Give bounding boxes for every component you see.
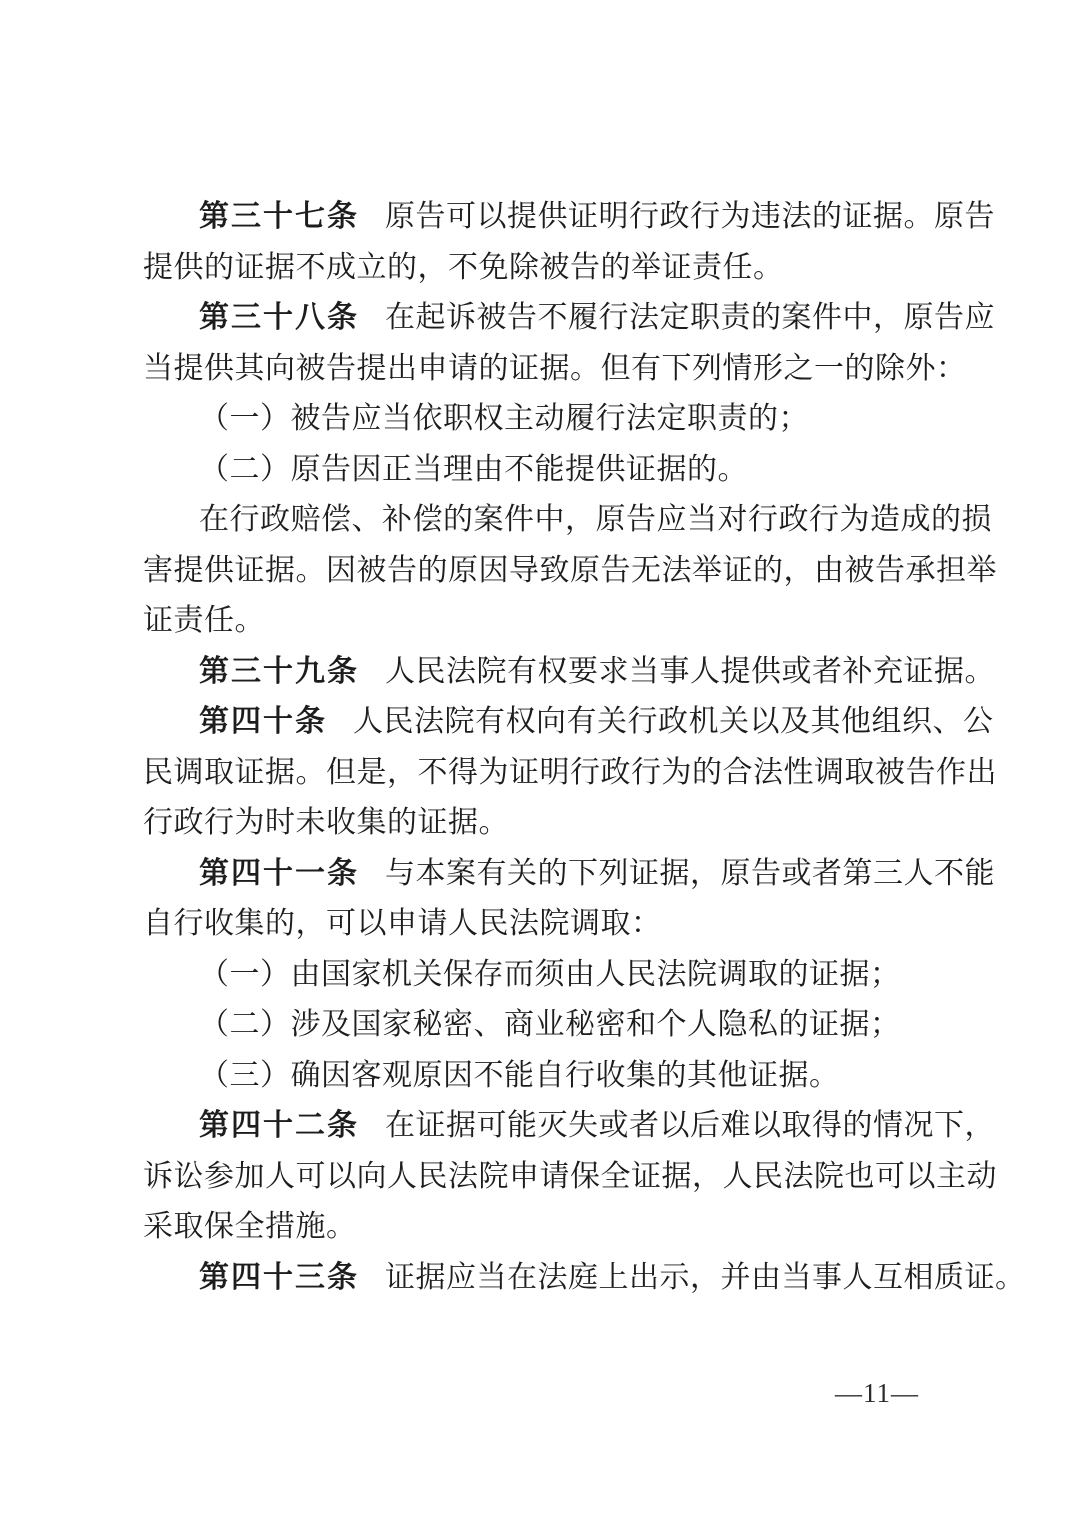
text-line: 害提供证据。因被告的原因导致原告无法举证的，由被告承担举: [143, 546, 973, 597]
text-line: 第四十条人民法院有权向有关行政机关以及其他组织、公: [143, 697, 973, 748]
line-text: 在证据可能灭失或者以后难以取得的情况下，: [385, 1109, 995, 1142]
text-line: （二）原告因正当理由不能提供证据的。: [143, 445, 973, 496]
text-line: （三）确因客观原因不能自行收集的其他证据。: [143, 1051, 973, 1102]
text-line: 诉讼参加人可以向人民法院申请保全证据，人民法院也可以主动: [143, 1152, 973, 1203]
line-text: （二）原告因正当理由不能提供证据的。: [199, 453, 748, 486]
text-line: 当提供其向被告提出申请的证据。但有下列情形之一的除外：: [143, 344, 973, 395]
article-number: 第四十一条: [199, 857, 359, 890]
line-text: 人民法院有权向有关行政机关以及其他组织、公: [353, 705, 994, 738]
document-page: { "page": { "background": "#ffffff", "te…: [0, 0, 1069, 1515]
article-number: 第三十八条: [199, 301, 359, 334]
line-text: 与本案有关的下列证据，原告或者第三人不能: [385, 857, 995, 890]
line-text: （一）被告应当依职权主动履行法定职责的；: [199, 402, 809, 435]
text-line: 第三十八条在起诉被告不履行法定职责的案件中，原告应: [143, 293, 973, 344]
line-text: 民调取证据。但是，不得为证明行政行为的合法性调取被告作出: [143, 756, 997, 789]
line-text: 采取保全措施。: [143, 1210, 357, 1243]
line-text: （二）涉及国家秘密、商业秘密和个人隐私的证据；: [199, 1008, 901, 1041]
page-number: —11—: [835, 1378, 919, 1409]
document-body: 第三十七条原告可以提供证明行政行为违法的证据。原告提供的证据不成立的，不免除被告…: [143, 192, 973, 1303]
text-line: 第三十七条原告可以提供证明行政行为违法的证据。原告: [143, 192, 973, 243]
line-text: 行政行为时未收集的证据。: [143, 806, 509, 839]
article-number: 第三十九条: [199, 655, 359, 688]
line-text: 在行政赔偿、补偿的案件中，原告应当对行政行为造成的损: [199, 503, 992, 536]
article-number: 第三十七条: [199, 200, 359, 233]
line-text: （三）确因客观原因不能自行收集的其他证据。: [199, 1059, 840, 1092]
line-text: 人民法院有权要求当事人提供或者补充证据。: [385, 655, 995, 688]
line-text: 提供的证据不成立的，不免除被告的举证责任。: [143, 251, 784, 284]
line-text: （一）由国家机关保存而须由人民法院调取的证据；: [199, 958, 901, 991]
text-line: 行政行为时未收集的证据。: [143, 798, 973, 849]
line-text: 诉讼参加人可以向人民法院申请保全证据，人民法院也可以主动: [143, 1160, 997, 1193]
article-number: 第四十三条: [199, 1261, 359, 1294]
article-number: 第四十二条: [199, 1109, 359, 1142]
text-line: 提供的证据不成立的，不免除被告的举证责任。: [143, 243, 973, 294]
line-text: 证据应当在法庭上出示，并由当事人互相质证。: [385, 1261, 1026, 1294]
line-text: 证责任。: [143, 604, 265, 637]
text-line: （一）由国家机关保存而须由人民法院调取的证据；: [143, 950, 973, 1001]
text-line: （一）被告应当依职权主动履行法定职责的；: [143, 394, 973, 445]
text-line: 证责任。: [143, 596, 973, 647]
text-line: 采取保全措施。: [143, 1202, 973, 1253]
line-text: 害提供证据。因被告的原因导致原告无法举证的，由被告承担举: [143, 554, 997, 587]
text-line: （二）涉及国家秘密、商业秘密和个人隐私的证据；: [143, 1000, 973, 1051]
line-text: 自行收集的，可以申请人民法院调取：: [143, 907, 662, 940]
text-line: 自行收集的，可以申请人民法院调取：: [143, 899, 973, 950]
line-text: 在起诉被告不履行法定职责的案件中，原告应: [385, 301, 995, 334]
text-line: 在行政赔偿、补偿的案件中，原告应当对行政行为造成的损: [143, 495, 973, 546]
line-text: 原告可以提供证明行政行为违法的证据。原告: [385, 200, 995, 233]
article-number: 第四十条: [199, 705, 327, 738]
text-line: 民调取证据。但是，不得为证明行政行为的合法性调取被告作出: [143, 748, 973, 799]
text-line: 第三十九条人民法院有权要求当事人提供或者补充证据。: [143, 647, 973, 698]
text-line: 第四十三条证据应当在法庭上出示，并由当事人互相质证。: [143, 1253, 973, 1304]
text-line: 第四十一条与本案有关的下列证据，原告或者第三人不能: [143, 849, 973, 900]
line-text: 当提供其向被告提出申请的证据。但有下列情形之一的除外：: [143, 352, 967, 385]
text-line: 第四十二条在证据可能灭失或者以后难以取得的情况下，: [143, 1101, 973, 1152]
